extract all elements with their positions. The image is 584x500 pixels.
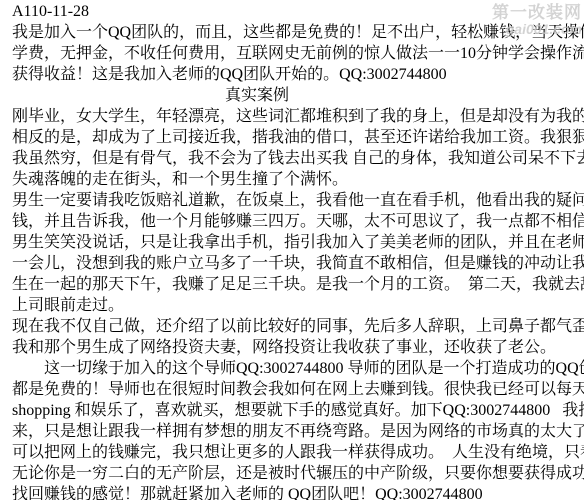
text-line: 上司眼前走过。 [12,295,574,316]
text-line: 找回赚钱的感觉！那就赶紧加入老师的 QQ团队吧！QQ:3002744800 [12,484,574,500]
text-line: 可以把网上的钱赚完，我只想让更多的人跟我一样获得成功。 人生没有绝境，只看我们如… [12,442,574,463]
text-line: 男生笑笑没说话，只是让我拿出手机，指引我加入了美美老师的团队，并且在老师引导下学… [12,232,574,253]
text-line: 刚毕业，女大学生，年轻漂亮，这些词汇都堆积到了我的身上，但是却没有为我的工作带来… [12,106,574,127]
text-body: A110-11-28 我是加入一个QQ团队的，而且，这些都是免费的！足不出户，轻… [12,1,574,500]
text-line: 钱，并且告诉我，他一个月能够赚三四万。天哪，太不可思议了，我一点都不相信，以为遇… [12,211,574,232]
text-line: 我和那个男生成了网络投资夫妻，网络投资让我收获了事业，还收获了老公。 [12,337,574,358]
header-code: A110-11-28 [12,1,574,22]
text-line: 一会儿，没想到我的账户立马多了一千块，我简直不敢相信，但是赚钱的冲动让我继续了下… [12,253,574,274]
text-line: 相反的是，却成为了上司接近我，揩我油的借口，甚至还许诺给我加工资。我狠狠地甩了他… [12,127,574,148]
section-heading: 真实案例 [12,85,574,106]
text-line: 无论你是一穷二白的无产阶层，还是被时代辗压的中产阶级，只要你想要获得成功，找回生… [12,463,574,484]
text-line: 现在我不仅自己做，还介绍了以前比较好的同事，先后多人辞职，上司鼻子都气歪了。更重… [12,316,574,337]
text-line: shopping 和娱乐了，喜欢就买，想要就下手的感觉真好。加下QQ:30027… [12,400,574,421]
text-line: 生在一起的那天下午，我赚了足足三千块。是我一个月的工资。 第二天，我就去辞了职，… [12,274,574,295]
text-line: 都是免费的！导师也在很短时间教会我如何在网上去赚到钱。很快我已经可以每天小赚个小… [12,379,574,400]
text-line: 我是加入一个QQ团队的，而且，这些都是免费的！足不出户，轻松赚钱，当天操作，当天… [12,22,574,43]
text-line: 这一切缘于加入的这个导师QQ:3002744800 导师的团队是一个打造成功的Q… [12,358,574,379]
text-line: 学费，无押金，不收任何费用，互联网史无前例的惊人做法一一10分钟学会操作流程，半… [12,43,574,64]
document-page: 第一改装网 gai001.com A110-11-28 我是加入一个QQ团队的，… [0,0,584,500]
text-line: 我虽然穷，但是有骨气，我不会为了钱去出买我 自己的身体，我知道公司呆不下去了，下… [12,148,574,169]
text-line: 失魂落魄的走在街头，和一个男生撞了个满怀。 [12,169,574,190]
text-line: 来，只是想让跟我一样拥有梦想的朋友不再绕弯路。是因为网络的市场真的太大了，没有任… [12,421,574,442]
text-line: 男生一定要请我吃饭赔礼道歉，在饭桌上，我看他一直在看手机，他看出我的疑问，告诉我… [12,190,574,211]
text-line: 获得收益！这是我加入老师的QQ团队开始的。QQ:3002744800 [12,64,574,85]
